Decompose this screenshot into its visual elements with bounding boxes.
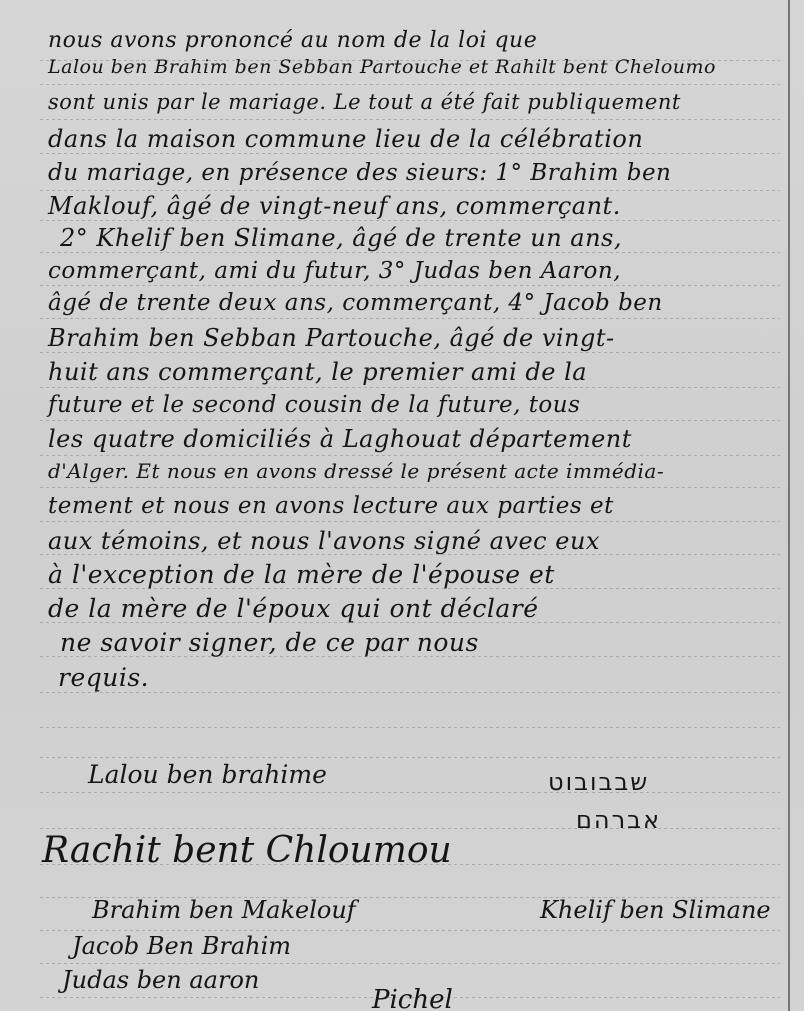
body-line: de la mère de l'époux qui ont déclaré bbox=[48, 594, 539, 623]
body-line: aux témoins, et nous l'avons signé avec … bbox=[48, 527, 600, 555]
body-line: future et le second cousin de la future,… bbox=[48, 392, 580, 418]
ruled-line bbox=[40, 252, 780, 253]
body-line: du mariage, en présence des sieurs: 1° B… bbox=[48, 160, 671, 186]
body-line: ne savoir signer, de ce par nous bbox=[60, 628, 479, 657]
ruled-line bbox=[40, 963, 780, 964]
ruled-line bbox=[40, 387, 780, 388]
witness-signature-3: Jacob Ben Brahim bbox=[72, 932, 291, 960]
ruled-line bbox=[40, 455, 780, 456]
margin-line bbox=[788, 0, 790, 1011]
witness-signature-4: Judas ben aaron bbox=[62, 966, 259, 994]
body-line: requis. bbox=[58, 663, 149, 692]
body-line: 2° Khelif ben Slimane, âgé de trente un … bbox=[60, 224, 622, 252]
ruled-line bbox=[40, 727, 780, 728]
body-line: tement et nous en avons lecture aux part… bbox=[48, 493, 614, 519]
witness-signature-2: Khelif ben Slimane bbox=[540, 896, 771, 924]
body-line: à l'exception de la mère de l'épouse et bbox=[48, 560, 555, 589]
ruled-line bbox=[40, 792, 780, 793]
ruled-line bbox=[40, 420, 780, 421]
ruled-line bbox=[40, 757, 780, 758]
body-line: sont unis par le mariage. Le tout a été … bbox=[48, 90, 681, 114]
hebrew-signature-2: אברהם bbox=[576, 806, 661, 834]
body-line: Maklouf, âgé de vingt-neuf ans, commerça… bbox=[48, 192, 621, 220]
witness-signature-1: Brahim ben Makelouf bbox=[92, 896, 356, 924]
hebrew-signature-1: שבבובוט bbox=[548, 768, 649, 796]
ruled-line bbox=[40, 521, 780, 522]
body-line: Lalou ben Brahim ben Sebban Partouche et… bbox=[48, 56, 716, 78]
body-line: huit ans commerçant, le premier ami de l… bbox=[48, 358, 587, 386]
body-line: Brahim ben Sebban Partouche, âgé de ving… bbox=[48, 324, 615, 352]
ruled-line bbox=[40, 84, 780, 85]
body-line: nous avons prononcé au nom de la loi que bbox=[48, 28, 537, 53]
body-line: commerçant, ami du futur, 3° Judas ben A… bbox=[48, 258, 621, 284]
officer-signature: Pichel bbox=[372, 985, 453, 1011]
ruled-line bbox=[40, 828, 780, 829]
ruled-line bbox=[40, 119, 780, 120]
groom-signature: Lalou ben brahime bbox=[88, 760, 327, 789]
ruled-line bbox=[40, 318, 780, 319]
ruled-line bbox=[40, 352, 780, 353]
body-line: âgé de trente deux ans, commerçant, 4° J… bbox=[48, 290, 663, 316]
body-line: d'Alger. Et nous en avons dressé le prés… bbox=[48, 459, 664, 483]
body-line: dans la maison commune lieu de la célébr… bbox=[48, 125, 643, 153]
ruled-line bbox=[40, 285, 780, 286]
body-line: les quatre domiciliés à Laghouat départe… bbox=[48, 425, 632, 453]
ruled-line bbox=[40, 190, 780, 191]
ruled-line bbox=[40, 692, 780, 693]
bride-signature: Rachit bent Chloumou bbox=[42, 830, 452, 871]
ruled-line bbox=[40, 487, 780, 488]
ruled-line bbox=[40, 220, 780, 221]
ruled-line bbox=[40, 930, 780, 931]
ruled-line bbox=[40, 153, 780, 154]
document-page: nous avons prononcé au nom de la loi que… bbox=[0, 0, 804, 1011]
